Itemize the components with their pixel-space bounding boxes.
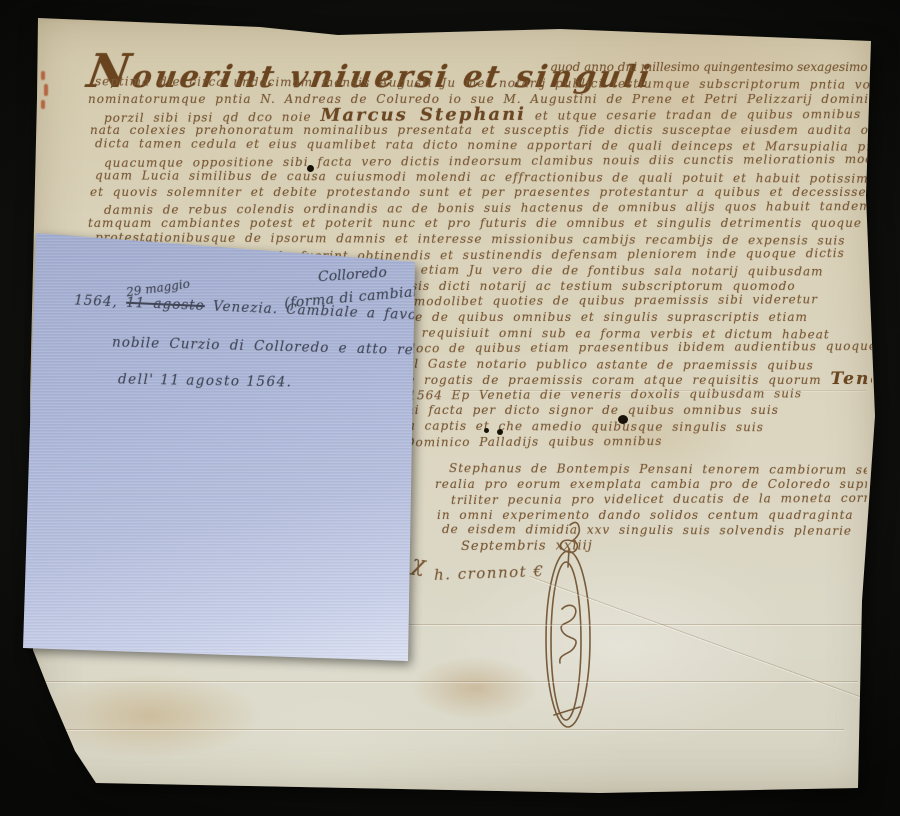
ink-blot — [484, 428, 489, 433]
red-edge-stain — [41, 100, 45, 109]
manuscript-line: nominatorumque pntia N. Andreas de Colur… — [88, 92, 872, 108]
closing-line: de eisdem dimidia xxv singulis suis solv… — [442, 522, 867, 539]
manuscript-line: tamquam cambiantes potest et poterit nun… — [88, 216, 872, 232]
manuscript-closing-block: Stephanus de Bontempis Pensani tenorem c… — [435, 462, 867, 553]
notary-signature: h. cronnot € — [434, 562, 545, 584]
manuscript-opening-heading: Nouerint vniuersi et singuli — [84, 44, 658, 98]
blue-note-wrap: Colloredo (forma di cambiale). 1564, 11 … — [22, 231, 420, 665]
manuscript-line: quacumque oppositione sibi facta vero di… — [104, 152, 872, 172]
edge-pen-mark: ʒ — [456, 15, 468, 32]
closing-line: Septembris xxiiij — [461, 537, 867, 553]
fold-crease — [380, 624, 868, 627]
tenor-vero-words: Tenor vero — [830, 369, 872, 389]
red-edge-stain — [44, 84, 48, 96]
ink-blot — [497, 429, 503, 435]
notarial-sign-flourish-icon — [528, 521, 608, 733]
marcus-stephani-name: Marcus Stephani — [320, 104, 526, 126]
blue-archival-note: Colloredo (forma di cambiale). 1564, 11 … — [22, 231, 420, 665]
photo-background: Nouerint vniuersi et singuli quod anno d… — [0, 0, 900, 816]
manuscript-line-marcus: porzil sibi ipsi qd dco noie Marcus Step… — [104, 105, 872, 125]
manuscript-line: quam Lucia similibus de causa cuiusmodi … — [95, 168, 872, 187]
marcus-line-post: et utque cesarie tradan de quibus omnibu… — [526, 106, 872, 123]
note-line2: nobile Curzio di Colloredo e atto relati… — [112, 334, 458, 359]
closing-line: realia pro eorum exemplata cambia pro de… — [435, 477, 867, 492]
manuscript-line: dicta tamen cedula et eius quamlibet rat… — [95, 137, 872, 156]
ink-blot — [618, 415, 628, 424]
fold-crease — [450, 390, 866, 393]
fold-crease — [66, 729, 844, 732]
note-title: Colloredo — [318, 265, 388, 286]
fold-crease-diagonal — [529, 576, 864, 700]
marcus-line-pre: porzil sibi ipsi qd dco noie — [104, 110, 321, 125]
manuscript-line: nata colexies prehonoratum nominalibus p… — [90, 123, 872, 139]
closing-line: triliter pecunia pro videlicet ducatis d… — [451, 491, 867, 508]
manuscript-heading-continuation: quod anno dni millesimo quingentesimo se… — [550, 60, 868, 74]
fold-crease — [32, 681, 858, 684]
closing-line: in omni experimento dando solidos centum… — [437, 508, 867, 523]
note-line3: dell' 11 agosto 1564. — [118, 371, 293, 390]
manuscript-line: et quovis solemniter et debite protestan… — [90, 185, 872, 201]
manuscript-line: damnis de rebus colendis ordinandis ac d… — [104, 199, 872, 219]
manuscript-line: septima die circa undecimam mensis Augus… — [95, 76, 872, 93]
closing-line: Stephanus de Bontempis Pensani tenorem c… — [449, 462, 867, 478]
red-edge-stain — [41, 71, 45, 80]
ink-blot — [307, 165, 314, 172]
note-year: 1564, — [74, 292, 118, 310]
